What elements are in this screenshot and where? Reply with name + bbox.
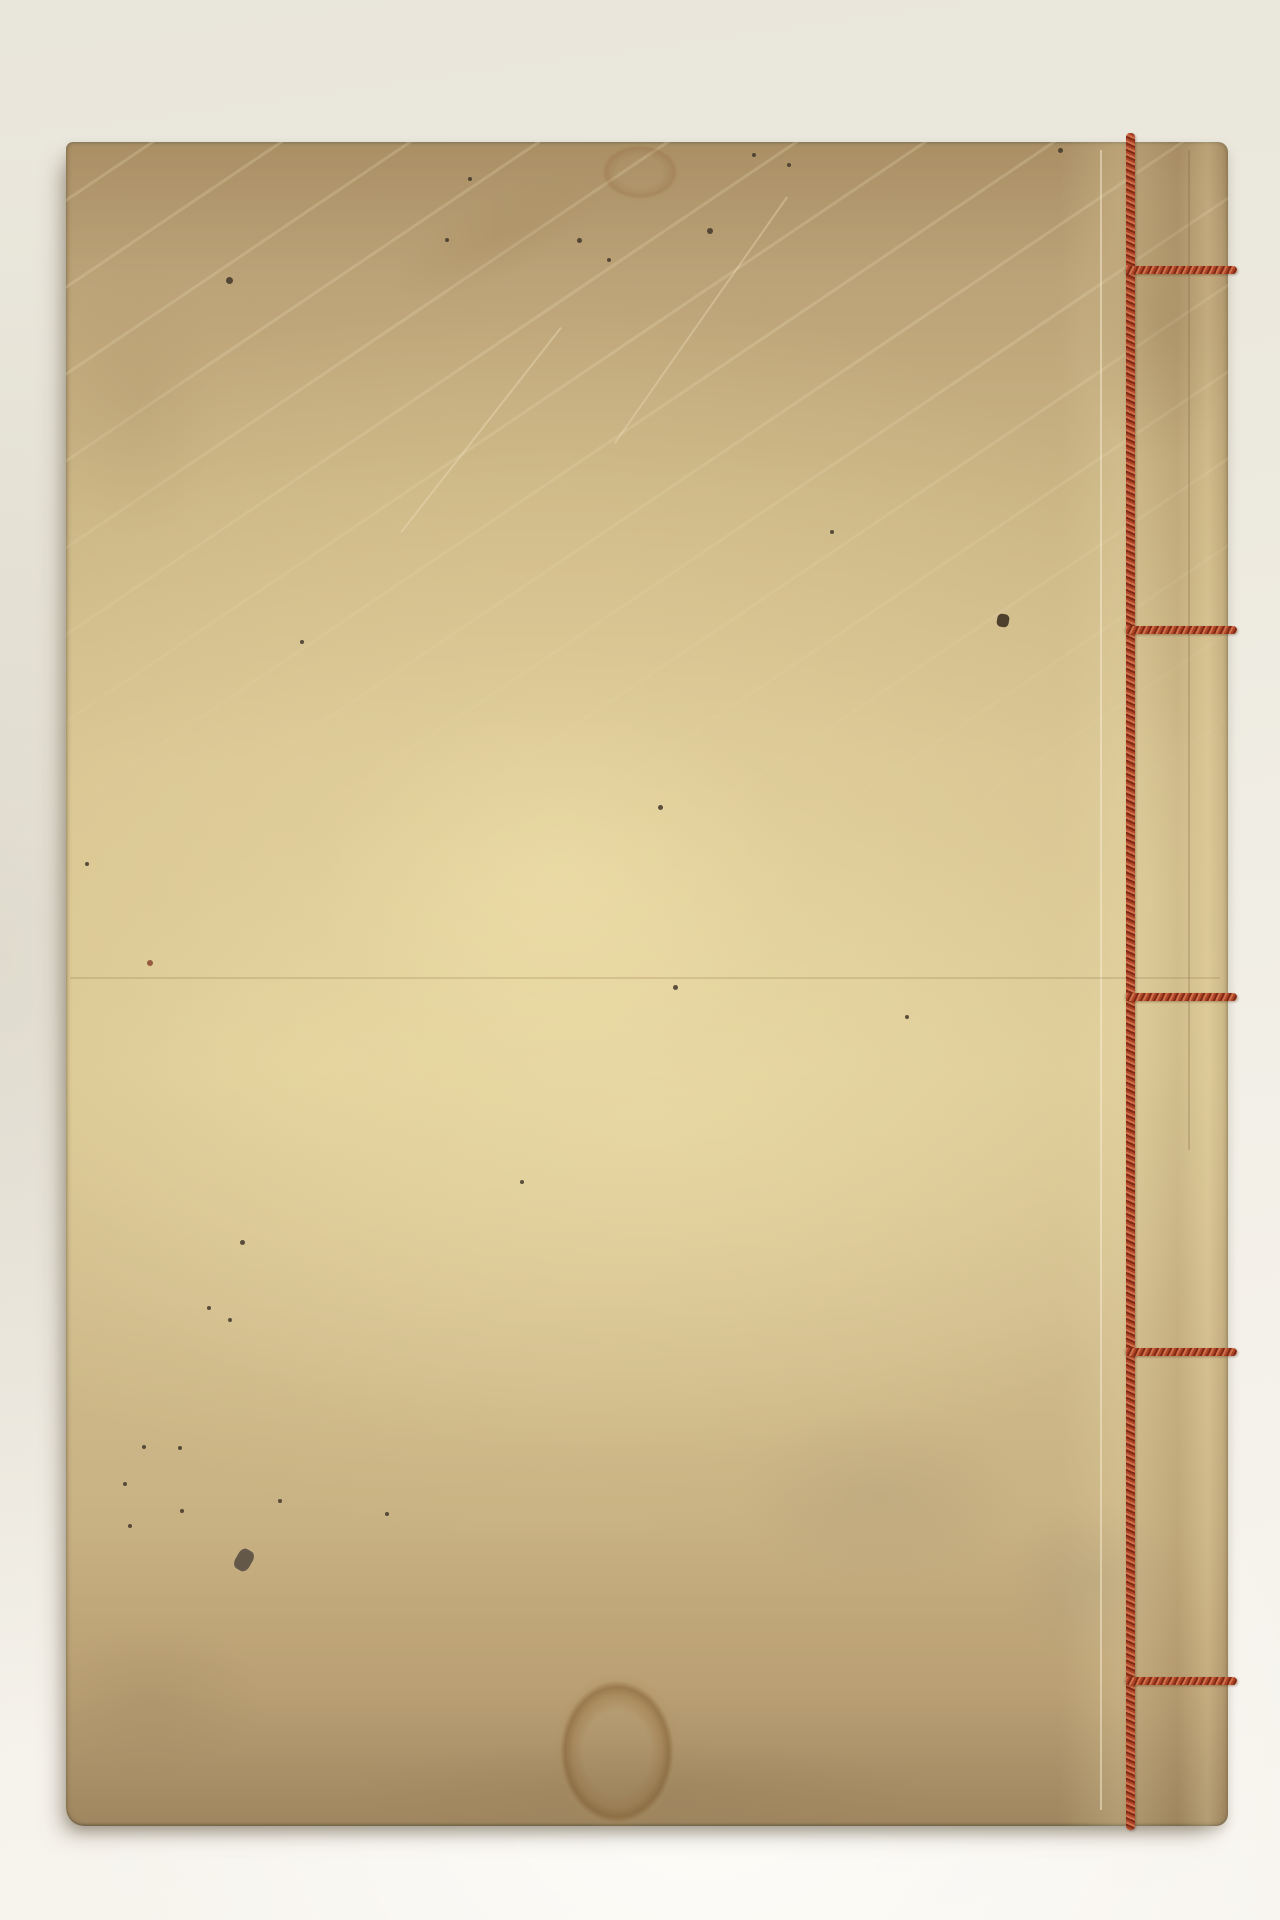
crease-line [70,977,1220,979]
foxing-speck [85,862,89,866]
foxing-speck [905,1015,909,1019]
foxing-speck [278,1499,282,1503]
foxing-speck [385,1512,389,1516]
cover-scratch-streaks [66,142,1228,849]
foxing-speck [240,1240,245,1245]
binding-stitch-horizontal [1126,626,1237,634]
spine-edge-strip [1060,142,1228,1826]
book-back-cover [66,142,1228,1826]
foxing-speck [228,1318,232,1322]
foxing-speck [180,1509,184,1513]
binding-stitch-horizontal [1126,1348,1237,1356]
foxing-speck [123,1482,127,1486]
water-stain-bottom-center [553,1672,681,1826]
dark-fleck [232,1546,257,1573]
foxing-speck [520,1180,524,1184]
foxing-speck [178,1446,182,1450]
binding-stitch-horizontal [1126,266,1237,274]
aging-patch [680,1370,1080,1630]
binding-stitch-horizontal [1126,1677,1237,1685]
aging-patch [220,1720,1060,1826]
foxing-speck [128,1524,132,1528]
foxing-speck [207,1306,211,1310]
foxing-speck [147,960,153,966]
foxing-speck [673,985,678,990]
binding-stitch-horizontal [1126,993,1237,1001]
binding-thread-vertical [1126,133,1135,1830]
aging-patch [66,1590,310,1810]
photo-stab-bound-book [0,0,1280,1920]
foxing-speck [142,1445,146,1449]
aging-patch [66,920,610,1200]
